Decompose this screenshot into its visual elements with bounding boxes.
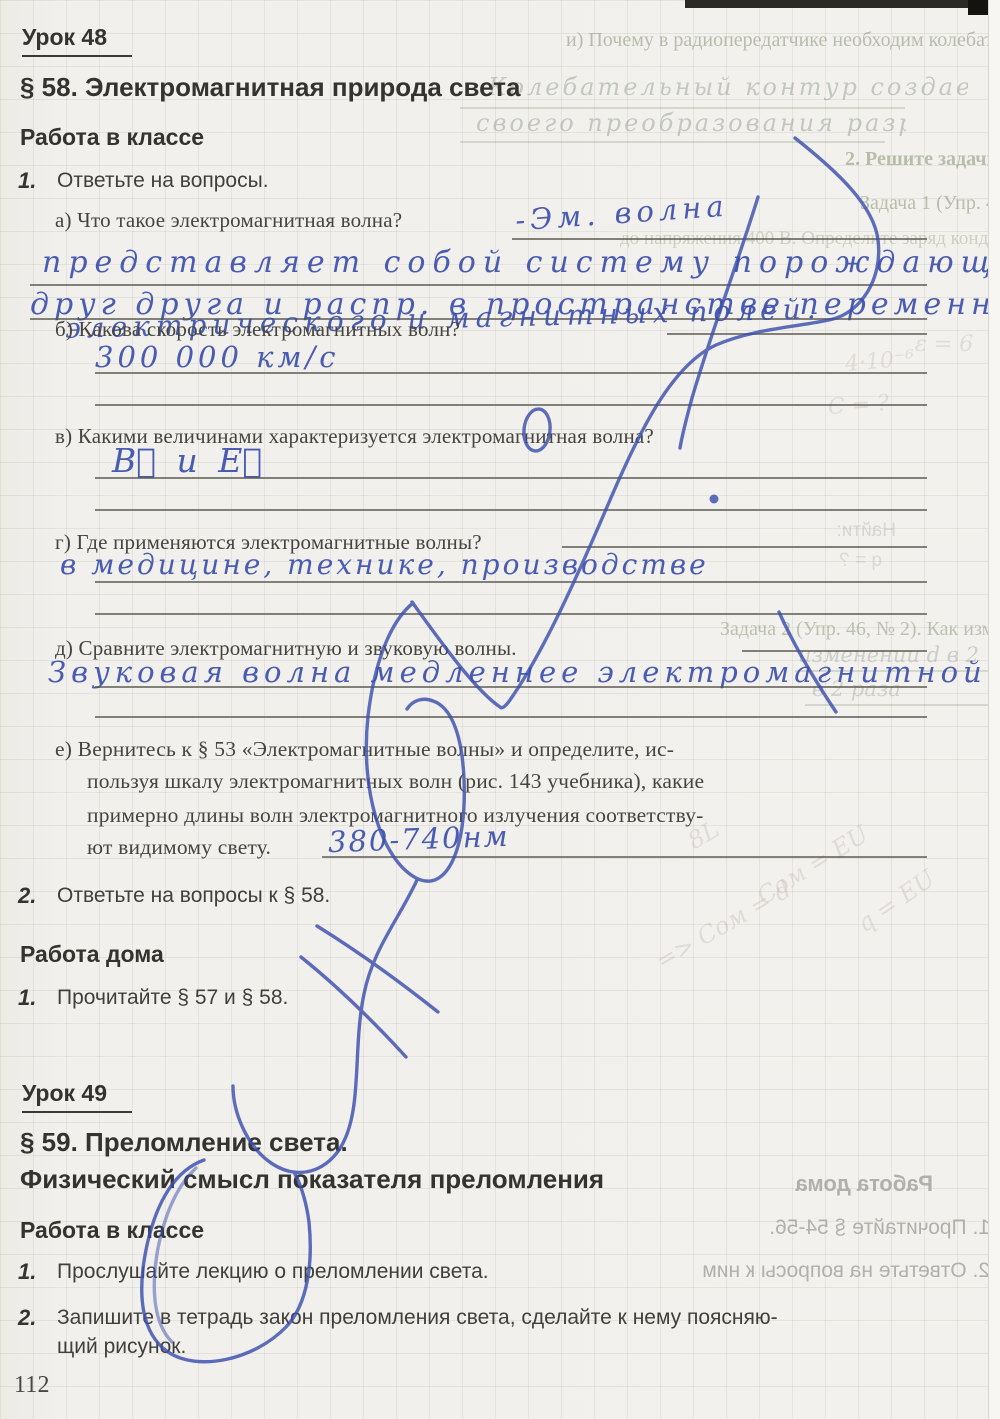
ghost-solve-tasks: 2. Решите задачи. xyxy=(845,148,1000,170)
section-58-title: § 58. Электромагнитная природа света xyxy=(20,73,520,102)
lesson-48-label: Урок 48 xyxy=(22,25,107,51)
ghost-mirror-homework-item1: 1. Прочитайте § 54-56. xyxy=(700,1216,990,1240)
homework-heading-48: Работа дома xyxy=(20,942,164,968)
ghost-answer-line xyxy=(460,141,885,143)
page-number: 112 xyxy=(14,1372,50,1399)
answer-a-line2: представляет собой систему порождающих xyxy=(42,246,1000,280)
ghost-formula: С = ? xyxy=(827,392,890,421)
answer-b: 300 000 км/с xyxy=(95,341,340,373)
item-text: Ответьте на вопросы к § 58. xyxy=(57,884,330,908)
ghost-answer-line xyxy=(460,107,905,109)
ghost-naiti-value: q = ? xyxy=(832,550,882,571)
page-right-edge xyxy=(988,0,1000,1419)
item-number: 1. xyxy=(18,1260,36,1285)
ghost-question-top: и) Почему в радиопередатчике необходим к… xyxy=(566,29,1000,51)
answer-g: в медицине, технике, производстве xyxy=(60,549,709,580)
item-text: Прослушайте лекцию о преломлении света. xyxy=(57,1260,489,1284)
lesson-49-label: Урок 49 xyxy=(22,1081,107,1107)
ghost-task2: Задача 2 (Упр. 46, № 2). Как изменится е… xyxy=(720,618,1000,640)
answer-line xyxy=(95,477,927,479)
answer-line xyxy=(742,650,927,652)
classwork-heading-48: Работа в классе xyxy=(20,125,204,151)
answer-line xyxy=(95,372,927,374)
ghost-task1-line1: Задача 1 (Упр. 45, № 2). Конденсатор емк… xyxy=(860,192,1000,214)
ghost-mirror-homework-item2: 2. Ответьте на вопросы к ним xyxy=(700,1259,990,1283)
question-e-line1: е) Вернитесь к § 53 «Электромагнитные во… xyxy=(55,737,674,761)
ghost-answer-line xyxy=(805,704,1000,706)
ghost-handwriting-1: Колебательный контур создает колебания С… xyxy=(488,74,968,101)
item-number: 1. xyxy=(18,986,36,1011)
scan-edge-top xyxy=(685,0,1000,8)
question-e-line2: пользуя шкалу электромагнитных волн (рис… xyxy=(87,769,704,793)
item-text: Прочитайте § 57 и § 58. xyxy=(57,986,288,1010)
answer-v: В⃗ и Е⃗ xyxy=(112,443,267,480)
item-number: 2. xyxy=(18,1306,36,1331)
ghost-mirror-homework-heading: Работа дома xyxy=(700,1172,933,1197)
item-text: Ответьте на вопросы. xyxy=(57,169,269,193)
question-e-line4: ют видимому свету. xyxy=(87,835,271,859)
ghost-formula: ε = 6 xyxy=(915,333,973,358)
question-b: б) Какова скорость электромагнитных волн… xyxy=(55,318,460,342)
ghost-naiti: Найти: xyxy=(826,520,896,541)
item-text-line1: Запишите в тетрадь закон преломления све… xyxy=(57,1306,778,1330)
answer-line xyxy=(95,716,927,718)
answer-line xyxy=(95,686,927,688)
workbook-page: и) Почему в радиопередатчике необходим к… xyxy=(0,0,1000,1419)
answer-line xyxy=(95,509,927,511)
ghost-formula-rotated: => Сом = d xyxy=(651,876,795,975)
section-59-title-line1: § 59. Преломление света. xyxy=(20,1128,348,1157)
ghost-handwriting-2: своего преобразования разрешения xyxy=(476,110,906,137)
question-a: а) Что такое электромагнитная волна? xyxy=(55,209,402,233)
answer-line xyxy=(512,238,927,240)
answer-line xyxy=(95,581,927,583)
item-text-line2: щий рисунок. xyxy=(57,1335,186,1359)
item-number: 2. xyxy=(18,884,36,909)
answer-line xyxy=(95,613,927,615)
section-59-title-line2: Физический смысл показателя преломления xyxy=(20,1165,604,1194)
answer-line xyxy=(30,284,927,286)
classwork-heading-49: Работа в классе xyxy=(20,1218,204,1244)
lesson-49-underline xyxy=(22,1111,132,1113)
item-number: 1. xyxy=(18,169,36,194)
answer-line xyxy=(322,856,927,858)
answer-e: 380-740нм xyxy=(327,820,510,859)
ghost-formula-rotated: q = ЕU xyxy=(852,865,940,938)
lesson-48-underline xyxy=(22,55,132,57)
answer-line xyxy=(95,404,927,406)
answer-d: Звуковая волна медленнее электромагнитно… xyxy=(48,656,1000,688)
answer-line xyxy=(667,333,927,335)
